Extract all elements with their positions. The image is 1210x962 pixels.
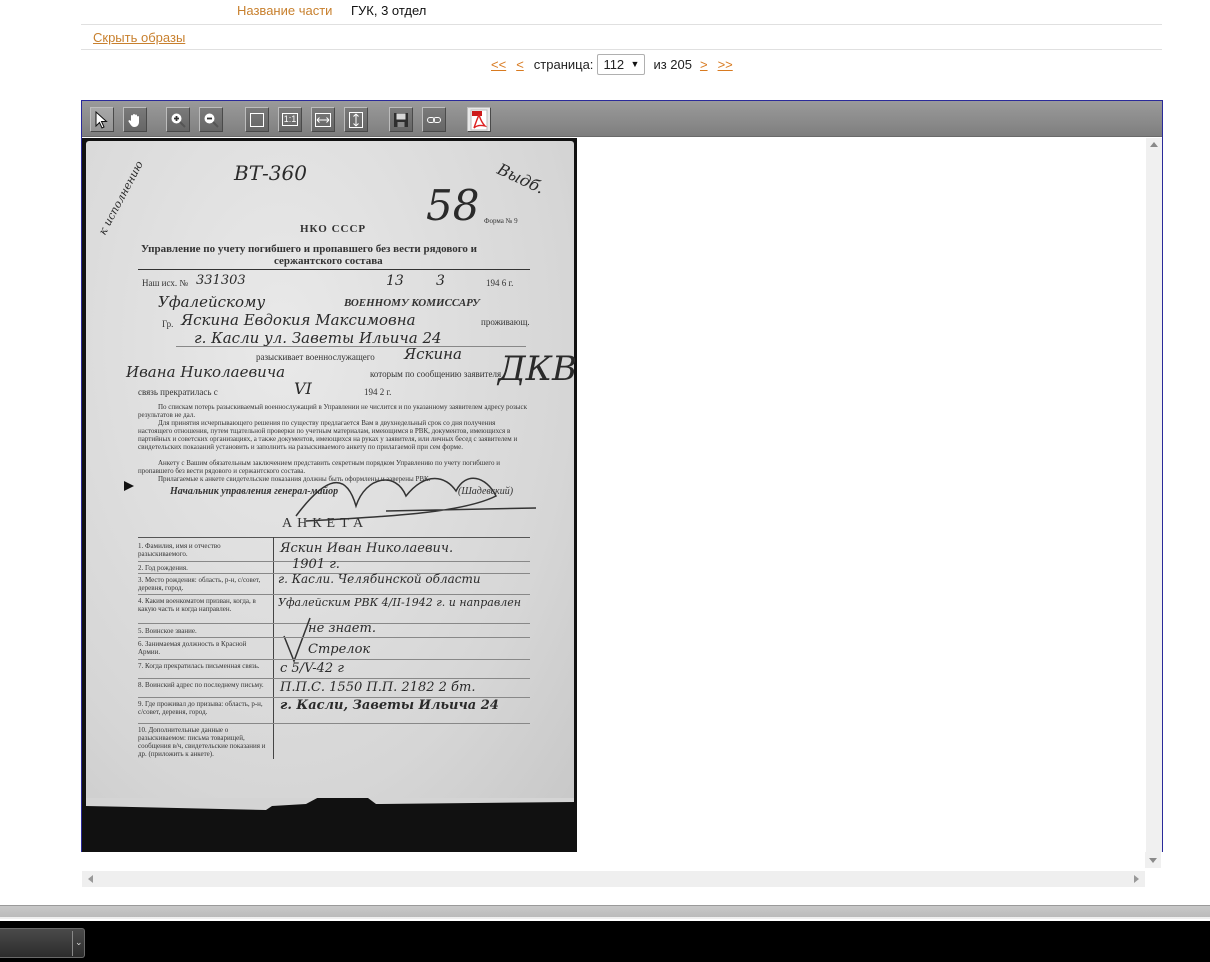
form-row-value: с 5/V-42 г xyxy=(280,661,344,676)
fit-width-icon xyxy=(314,112,332,128)
form-row-value: Яскин Иван Николаевич. xyxy=(280,541,453,556)
unit-name-row: Название части ГУК, 3 отдел xyxy=(81,0,1162,25)
citizen-label: Гр. xyxy=(162,319,173,329)
soldier-surname-handwritten: Яскина xyxy=(404,345,462,363)
dept-line-2: сержантского состава xyxy=(274,255,383,267)
scanned-document-image: ВТ-360 58 Выдб. к исполнению Форма № 9 Н… xyxy=(82,138,577,852)
document-paper: ВТ-360 58 Выдб. к исполнению Форма № 9 Н… xyxy=(86,141,574,805)
next-page-link[interactable]: > xyxy=(700,57,708,72)
form-row-label: 8. Воинский адрес по последнему письму. xyxy=(138,681,268,689)
torn-edge xyxy=(86,798,574,852)
pdf-icon xyxy=(470,109,488,131)
scroll-left-arrow-icon[interactable] xyxy=(88,875,93,883)
actual-size-icon: 1:1 xyxy=(282,113,299,126)
scroll-right-arrow-icon[interactable] xyxy=(1134,875,1139,883)
form-row-label: 9. Где проживал до призыва: область, р-н… xyxy=(138,700,268,716)
form-row-value: не знает. xyxy=(308,621,376,636)
unit-name-value: ГУК, 3 отдел xyxy=(351,3,426,18)
form-row-label: 2. Год рождения. xyxy=(138,564,268,572)
fit-height-icon xyxy=(348,111,364,129)
form-row-value: Уфалейским РВК 4/II-1942 г. и направлен xyxy=(278,596,521,609)
contact-label: которым по сообщению заявителя xyxy=(370,369,501,379)
hand-icon xyxy=(127,112,143,128)
side-mark: ДКВ xyxy=(498,349,577,389)
link-icon xyxy=(426,115,442,125)
address-rule xyxy=(176,346,526,347)
form-number: Форма № 9 xyxy=(484,217,518,225)
row-rule xyxy=(138,723,530,724)
out-no-label: Наш исх. № xyxy=(142,278,188,288)
org-name: НКО СССР xyxy=(300,223,366,235)
addressee-printed: ВОЕННОМУ КОМИССАРУ xyxy=(344,297,480,309)
out-no-value: 331303 xyxy=(196,273,246,288)
pdf-export-button[interactable] xyxy=(467,107,491,132)
form-row-label: 6. Занимаемая должность в Красной Армии. xyxy=(138,640,268,656)
vertical-scrollbar-bottom[interactable] xyxy=(1145,852,1161,868)
document-canvas[interactable]: ВТ-360 58 Выдб. к исполнению Форма № 9 Н… xyxy=(82,138,1146,852)
prev-page-link[interactable]: < xyxy=(516,57,524,72)
page-label: страница: xyxy=(534,57,594,72)
lost-contact-label: связь прекратилась с xyxy=(138,387,218,397)
form-row-label: 7. Когда прекратилась письменная связь. xyxy=(138,662,268,670)
hide-images-link[interactable]: Скрыть образы xyxy=(93,30,185,45)
form-row-value: г. Касли, Заветы Ильича 24 xyxy=(280,698,499,713)
form-title: АНКЕТА xyxy=(282,516,368,532)
page: Название части ГУК, 3 отдел Скрыть образ… xyxy=(0,0,1210,962)
searching-label: разыскивает военнослужащего xyxy=(256,352,375,362)
browser-status-bar xyxy=(0,905,1210,919)
date-day: 13 xyxy=(386,273,404,289)
pan-tool-button[interactable] xyxy=(123,107,147,132)
form-row-label: 1. Фамилия, имя и отчество разыскиваемог… xyxy=(138,542,268,558)
form-row-label: 5. Воинское звание. xyxy=(138,627,268,635)
zoom-out-icon xyxy=(203,112,219,128)
image-viewer: 1:1 ВТ-360 58 Выдб. xyxy=(81,100,1163,852)
dropdown-divider xyxy=(72,931,73,956)
floppy-disk-icon xyxy=(393,112,409,128)
corner-note: Выдб. xyxy=(494,159,547,197)
last-page-link[interactable]: >> xyxy=(718,57,733,72)
table-divider xyxy=(273,537,274,759)
punch-hole-mark xyxy=(122,479,136,493)
scroll-down-arrow-icon[interactable] xyxy=(1149,858,1157,863)
form-row-value: П.П.С. 1550 П.П. 2182 2 бт. xyxy=(280,680,475,695)
dept-line-1: Управление по учету погибшего и пропавше… xyxy=(141,243,477,255)
margin-note: к исполнению xyxy=(96,159,146,237)
number-big: 58 xyxy=(426,181,479,230)
chevron-down-icon: ▼ xyxy=(631,59,640,69)
soldier-name-handwritten: Ивана Николаевича xyxy=(126,363,285,381)
living-label: проживающ. xyxy=(481,317,530,327)
form-row-label: 10. Дополнительные данные о разыскиваемо… xyxy=(138,726,268,758)
form-row-value: Стрелок xyxy=(308,642,370,657)
page-select-value: 112 xyxy=(603,57,624,72)
row-rule xyxy=(138,637,530,638)
arrow-cursor-icon xyxy=(95,111,109,129)
pagination: << < страница: 112 ▼ из 205 > >> xyxy=(491,53,743,75)
zoom-in-icon xyxy=(170,112,186,128)
row-rule xyxy=(138,659,530,660)
zoom-out-button[interactable] xyxy=(199,107,223,132)
table-top-rule xyxy=(138,537,530,538)
taskbar-dropdown[interactable]: ⌄ xyxy=(0,928,85,958)
taskbar: ⌄ xyxy=(0,921,1210,962)
fit-page-icon xyxy=(249,112,265,128)
page-select[interactable]: 112 ▼ xyxy=(597,54,645,75)
fit-height-button[interactable] xyxy=(344,107,368,132)
body-paragraph-1: По спискам потерь разыскиваемый военносл… xyxy=(138,403,530,419)
chevron-down-icon: ⌄ xyxy=(75,937,83,948)
form-row-label: 4. Каким военкоматом призван, когда, в к… xyxy=(138,597,268,613)
row-rule xyxy=(138,678,530,679)
first-page-link[interactable]: << xyxy=(491,57,506,72)
form-row-value: г. Касли. Челябинской области xyxy=(278,572,481,586)
unit-name-label: Название части xyxy=(237,3,332,18)
save-button[interactable] xyxy=(389,107,413,132)
date-month: 3 xyxy=(436,273,445,289)
select-tool-button[interactable] xyxy=(90,107,114,132)
body-paragraph-2: Для принятия исчерпывающего решения по с… xyxy=(138,419,530,451)
lost-month-handwritten: VI xyxy=(294,379,312,398)
viewer-toolbar: 1:1 xyxy=(82,101,1162,137)
header-rule xyxy=(138,269,530,270)
addressee-handwritten: Уфалейскому xyxy=(158,293,265,311)
lost-year: 194 2 г. xyxy=(364,387,391,397)
scroll-up-arrow-icon[interactable] xyxy=(1150,142,1158,147)
row-rule xyxy=(138,594,530,595)
vertical-scrollbar[interactable] xyxy=(1146,138,1162,852)
zoom-in-button[interactable] xyxy=(166,107,190,132)
date-year: 194 6 г. xyxy=(486,278,513,288)
stamp-top: ВТ-360 xyxy=(234,161,307,185)
form-row-value: 1901 г. xyxy=(292,557,340,572)
citizen-handwritten: Яскина Евдокия Максимовна xyxy=(181,311,416,329)
fit-page-button[interactable] xyxy=(245,107,269,132)
hide-images-row: Скрыть образы xyxy=(81,25,1162,50)
horizontal-scrollbar[interactable] xyxy=(82,871,1145,887)
form-row-label: 3. Место рождения: область, р-н, с/совет… xyxy=(138,576,268,592)
fit-width-button[interactable] xyxy=(311,107,335,132)
page-total: из 205 xyxy=(653,57,692,72)
link-button[interactable] xyxy=(422,107,446,132)
actual-size-button[interactable]: 1:1 xyxy=(278,107,302,132)
